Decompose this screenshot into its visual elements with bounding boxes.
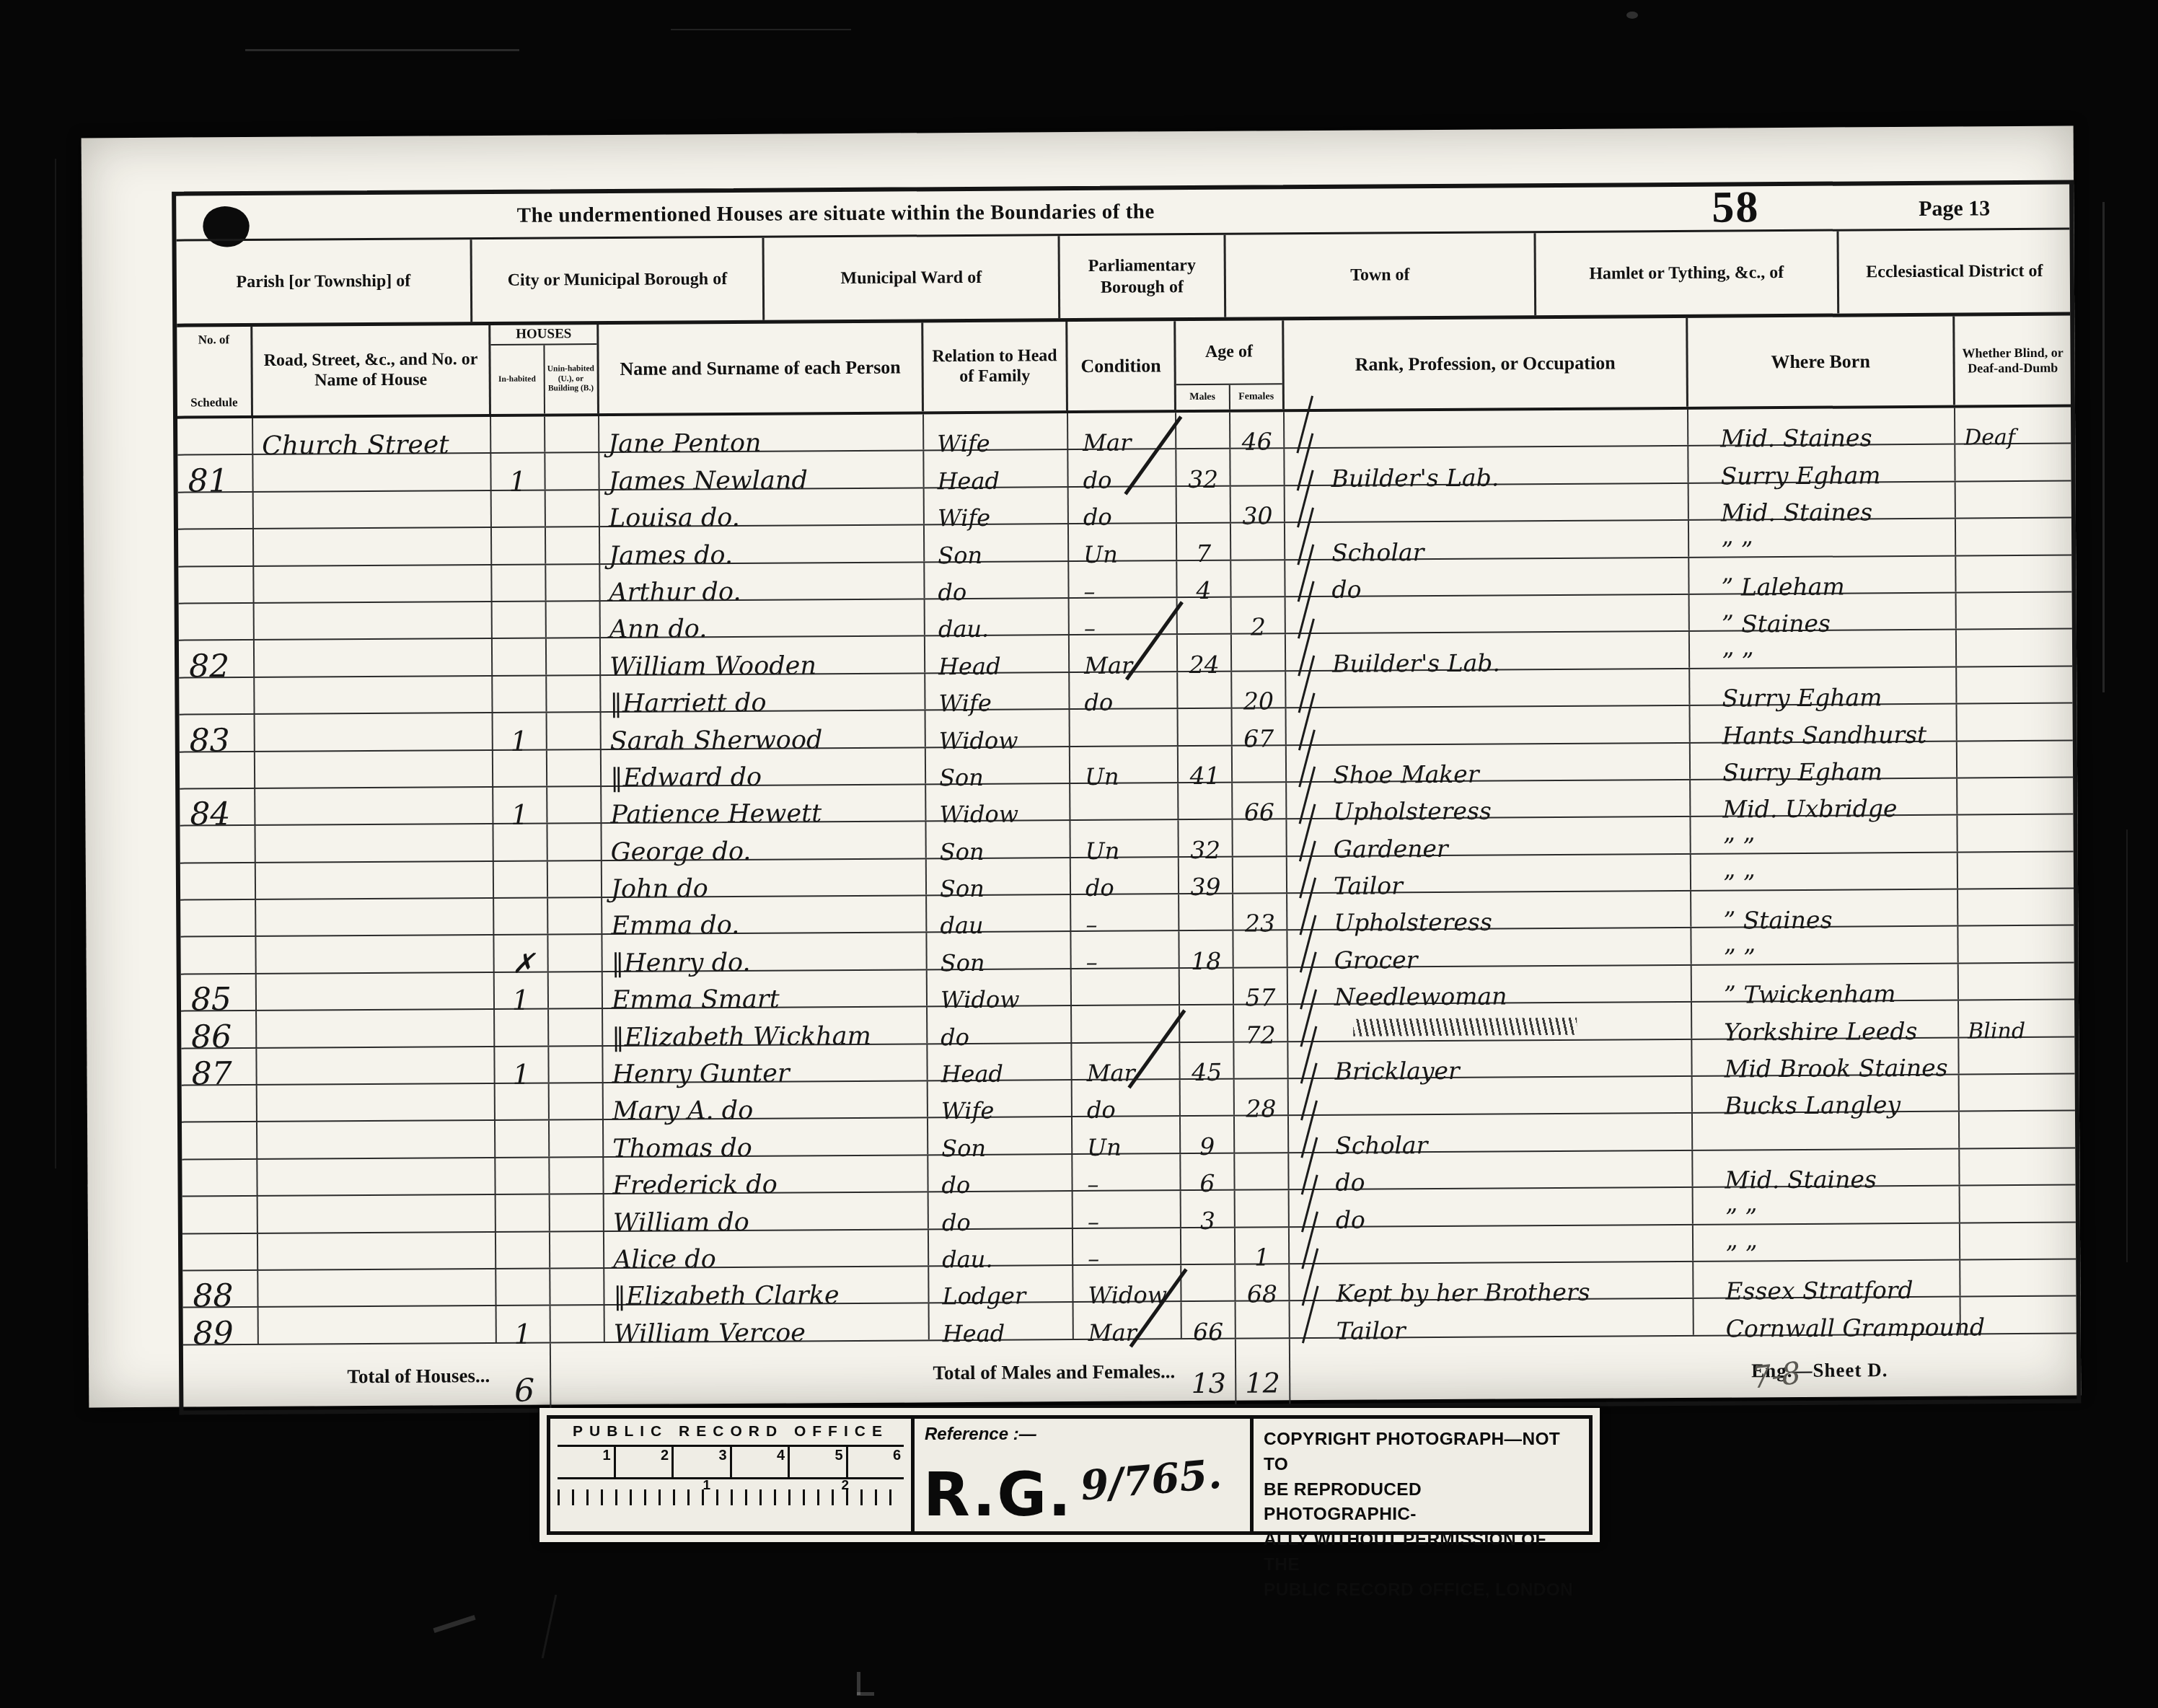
handwritten-born: ” Twickenham <box>1724 982 1896 1006</box>
cell-road <box>256 862 494 899</box>
handwritten-born: Mid. Staines <box>1720 426 1872 451</box>
cell-inh: 1 <box>495 1047 549 1083</box>
handwritten-condition: Un <box>1083 542 1118 565</box>
handwritten-occupation: Bricklayer <box>1334 1059 1459 1083</box>
handwritten-relation: Son <box>940 877 985 900</box>
handwritten-age_m: 24 <box>1189 653 1220 677</box>
handwritten-age_m: 41 <box>1189 764 1220 788</box>
cell-age_f <box>1235 1153 1289 1189</box>
handwritten-age_f: 72 <box>1246 1023 1276 1047</box>
cell-age_m: 9 <box>1181 1117 1235 1153</box>
cell-uninh <box>548 898 602 934</box>
cell-uninh <box>546 565 600 601</box>
handwritten-name: ‖Elizabeth Wickham <box>612 1024 871 1050</box>
handwritten-name: Jane Penton <box>608 431 761 457</box>
handwritten-born: Surry Egham <box>1720 463 1880 488</box>
cell-inh <box>492 565 546 601</box>
handwritten-occupation: Grocer <box>1334 948 1418 972</box>
cell-road <box>257 1084 496 1121</box>
handwritten-inh: 1 <box>508 467 526 495</box>
handwritten-age_f: 28 <box>1246 1097 1276 1121</box>
handwritten-born: Essex Stratford <box>1725 1278 1913 1303</box>
cell-inh: 1 <box>497 1306 551 1342</box>
handwritten-name: ‖Edward do <box>610 765 762 791</box>
handwritten-schedule: 86 <box>191 1021 232 1053</box>
handwritten-name: William do <box>613 1210 749 1236</box>
handwritten-occupation: Scholar <box>1331 540 1424 565</box>
cell-infirmity <box>1957 815 2073 851</box>
col-houses-group: HOUSES In-habited Unin-habited (U.), or … <box>490 325 599 414</box>
cell-inh <box>491 417 545 453</box>
handwritten-condition: Widow <box>1088 1284 1167 1308</box>
cell-age_f: 30 <box>1231 486 1285 522</box>
cell-age_f: 46 <box>1230 412 1285 448</box>
handwritten-name: James do. <box>609 543 733 569</box>
handwritten-condition: Mar <box>1086 1062 1135 1085</box>
cell-inh <box>496 1232 550 1268</box>
cell-road <box>255 639 493 676</box>
handwritten-inh: 1 <box>512 987 529 1014</box>
cell-uninh <box>550 1120 604 1156</box>
cell-uninh <box>545 453 599 489</box>
handwritten-relation: Widow <box>941 988 1020 1012</box>
reference-label: Reference :— <box>925 1425 1240 1445</box>
handwritten-name: Thomas do <box>612 1136 752 1162</box>
handwritten-born: ” ” <box>1721 538 1753 562</box>
cell-schedule <box>178 567 254 603</box>
handwritten-age_f: 57 <box>1245 986 1275 1010</box>
cell-schedule <box>180 900 256 936</box>
cell-schedule: 84 <box>180 789 255 825</box>
cell-road <box>255 788 493 824</box>
cell-uninh <box>550 1083 604 1119</box>
handwritten-born: ” ” <box>1723 871 1755 895</box>
cell-uninh <box>551 1306 605 1342</box>
film-scratch <box>55 159 56 1168</box>
cell-road <box>257 1010 495 1047</box>
handwritten-schedule: 85 <box>191 984 232 1016</box>
col-condition: Condition <box>1067 321 1176 410</box>
crossed-out-scribble <box>1353 1017 1577 1036</box>
pro-ruler-section: PUBLIC RECORD OFFICE 1 2 3 4 5 6 1 2 <box>550 1419 915 1531</box>
handwritten-age_m: 39 <box>1190 875 1220 899</box>
cell-infirmity <box>1957 593 2072 629</box>
handwritten-relation: Widow <box>939 803 1018 827</box>
handwritten-occupation: Upholsteress <box>1334 910 1492 935</box>
cell-age_m: 66 <box>1182 1302 1236 1338</box>
handwritten-age_m: 45 <box>1192 1060 1222 1084</box>
handwritten-relation: Head <box>941 1062 1004 1086</box>
copyright-line: COPYRIGHT PHOTOGRAPH—NOT TO <box>1264 1427 1579 1478</box>
cell-uninh <box>549 972 603 1008</box>
cell-name: Jane Penton <box>599 414 924 452</box>
cell-infirmity <box>1956 519 2071 555</box>
handwritten-occupation: Tailor <box>1336 1319 1406 1343</box>
col-schedule: No. of Schedule <box>177 327 253 416</box>
film-scratch <box>671 29 851 30</box>
table-body: Church StreetJane PentonWifeMar46Mid. St… <box>177 408 2076 1346</box>
handwritten-occupation: Upholsteress <box>1333 799 1492 824</box>
cell-occupation: Builder's Lab. <box>1286 632 1690 670</box>
header-hamlet: Hamlet or Tything, &c., of <box>1536 232 1839 316</box>
cell-age_m <box>1181 1265 1236 1301</box>
handwritten-inh: 1 <box>511 801 528 829</box>
cell-occupation: Kept by her Brothers <box>1290 1262 1694 1300</box>
handwritten-occupation: do <box>1336 1207 1365 1231</box>
header-parliamentary-borough: Parliamentary Borough of <box>1060 235 1227 318</box>
total-houses-value: 6 <box>497 1343 552 1408</box>
handwritten-relation: Wife <box>937 432 990 455</box>
handwritten-born: Hants Sandhurst <box>1722 722 1927 747</box>
handwritten-schedule: 89 <box>193 1318 234 1350</box>
handwritten-condition: do <box>1083 506 1112 529</box>
handwritten-name: George do. <box>611 839 752 865</box>
handwritten-relation: Head <box>943 1321 1005 1345</box>
handwritten-age_f: 67 <box>1243 726 1274 750</box>
cell-road <box>257 1121 496 1158</box>
col-road: Road, Street, &c., and No. or Name of Ho… <box>252 325 491 415</box>
handwritten-condition: Un <box>1087 1135 1122 1158</box>
cell-uninh <box>546 490 600 527</box>
col-males: Males <box>1176 385 1230 410</box>
handwritten-occupation: Scholar <box>1335 1133 1427 1158</box>
handwritten-occupation: Tailor <box>1334 873 1403 898</box>
handwritten-occupation: do <box>1335 1171 1365 1194</box>
cell-infirmity <box>1957 666 2072 703</box>
cell-age_f: 2 <box>1232 597 1286 633</box>
handwritten-relation: dau <box>940 914 983 937</box>
cell-inh <box>493 639 547 675</box>
cell-road <box>255 750 493 787</box>
copyright-line: PUBLIC RECORD OFFICE, LONDON <box>1264 1578 1579 1603</box>
handwritten-relation: Son <box>940 840 985 863</box>
handwritten-born: ” ” <box>1725 1205 1757 1229</box>
cell-infirmity <box>1957 741 2073 777</box>
cell-schedule <box>180 863 256 899</box>
handwritten-name: John do <box>611 876 708 902</box>
handwritten-born: Mid. Uxbridge <box>1722 796 1897 821</box>
cell-age_m <box>1176 413 1230 449</box>
handwritten-name: James Newland <box>608 468 807 495</box>
cell-schedule <box>182 1122 257 1158</box>
film-scratch <box>2126 829 2128 1262</box>
cell-road <box>255 713 493 750</box>
col-infirmity: Whether Blind, or Deaf-and-Dumb <box>1955 316 2071 405</box>
cell-occupation: Builder's Lab. <box>1285 446 1688 485</box>
handwritten-relation: Wife <box>941 1099 995 1122</box>
handwritten-name: William Vercoe <box>614 1321 806 1347</box>
handwritten-schedule: 82 <box>189 651 229 682</box>
handwritten-relation: do <box>941 1026 969 1049</box>
cell-road <box>254 528 492 565</box>
handwritten-inh: 1 <box>511 727 528 754</box>
cell-age_m <box>1179 709 1233 745</box>
cell-age_m: 45 <box>1180 1042 1234 1078</box>
film-scratch <box>1626 12 1638 19</box>
ruler-ticks <box>558 1489 904 1505</box>
handwritten-relation: dau. <box>938 617 990 640</box>
handwritten-relation: do <box>941 1174 970 1197</box>
handwritten-name: Henry Gunter <box>612 1062 789 1088</box>
handwritten-condition: do <box>1084 691 1113 714</box>
handwritten-name: Patience Hewett <box>610 801 822 828</box>
cell-infirmity: Deaf <box>1955 408 2071 444</box>
handwritten-occupation: Builder's Lab. <box>1331 465 1499 490</box>
handwritten-born: ” Staines <box>1723 908 1832 933</box>
cell-infirmity <box>1958 889 2074 925</box>
handwritten-condition: Mar <box>1083 431 1131 454</box>
total-mf-label: Total of Males and Females... <box>605 1339 1183 1408</box>
cell-age_m: 41 <box>1179 746 1233 782</box>
cell-schedule: 82 <box>179 640 255 677</box>
copyright-line: BE REPRODUCED PHOTOGRAPHIC- <box>1264 1478 1579 1528</box>
handwritten-relation: Son <box>939 766 984 789</box>
cell-schedule: 83 <box>180 715 255 751</box>
cell-inh <box>496 1269 550 1305</box>
cell-infirmity <box>1957 704 2072 740</box>
col-inhabited: In-habited <box>490 345 545 414</box>
handwritten-name: Arthur do. <box>609 580 741 606</box>
handwritten-occupation: Gardener <box>1334 837 1448 861</box>
cell-born: Mid. Staines <box>1693 1149 1960 1187</box>
handwritten-born: Mid. Staines <box>1725 1167 1876 1192</box>
handwritten-inh: 1 <box>512 1061 529 1088</box>
cell-infirmity <box>1958 852 2074 888</box>
cell-inh: 1 <box>493 787 547 823</box>
cell-road <box>256 936 494 972</box>
cell-schedule <box>182 1197 258 1233</box>
handwritten-name: ‖Henry do. <box>612 951 751 977</box>
handwritten-born: ” ” <box>1723 835 1755 858</box>
handwritten-relation: Son <box>941 951 985 974</box>
cell-infirmity <box>1957 778 2073 814</box>
film-scratch <box>433 1615 475 1633</box>
cell-inh <box>493 602 547 638</box>
handwritten-condition: do <box>1085 876 1114 899</box>
handwritten-occupation: Builder's Lab. <box>1332 651 1500 675</box>
col-occupation: Rank, Profession, or Occupation <box>1284 318 1688 409</box>
cell-uninh <box>545 416 599 452</box>
handwritten-name: Alice do <box>613 1247 716 1273</box>
handwritten-born: ” Staines <box>1722 612 1831 636</box>
cell-uninh <box>549 1009 603 1045</box>
handwritten-name: Emma Smart <box>612 987 780 1013</box>
cell-inh <box>496 1195 550 1231</box>
handwritten-condition: – <box>1088 1210 1099 1233</box>
handwritten-age_f: 30 <box>1242 504 1272 528</box>
cell-uninh <box>548 936 602 972</box>
header-ecclesiastical-district: Ecclesiastical District of <box>1838 230 2070 314</box>
cell-road <box>259 1306 497 1343</box>
handwritten-born: Mid Brook Staines <box>1724 1056 1947 1081</box>
cell-age_f: 66 <box>1233 783 1287 819</box>
cell-born: Mid. Staines <box>1688 408 1955 446</box>
cell-schedule: 81 <box>177 455 253 491</box>
cell-infirmity <box>1960 1186 2076 1222</box>
col-uninhabited: Unin-habited (U.), or Building (B.) <box>545 345 597 413</box>
page-number-label: Page 13 <box>1919 196 1990 221</box>
header-municipal-ward: Municipal Ward of <box>765 236 1061 320</box>
handwritten-born: Surry Egham <box>1722 760 1882 784</box>
handwritten-condition: – <box>1084 617 1096 640</box>
ruler-inch-band: 1 2 3 4 5 6 <box>558 1445 904 1479</box>
cell-occupation: Bricklayer <box>1288 1039 1692 1078</box>
cell-road <box>257 973 495 1010</box>
handwritten-relation: Wife <box>938 506 991 529</box>
handwritten-age_f: 68 <box>1247 1282 1277 1306</box>
cell-occupation <box>1287 706 1691 744</box>
reference-number-handwritten: 9/765. <box>1078 1451 1223 1510</box>
cell-road <box>255 824 493 861</box>
cell-inh <box>494 861 548 897</box>
handwritten-relation: Son <box>941 1137 986 1160</box>
handwritten-age_m: 32 <box>1188 467 1218 491</box>
cell-uninh <box>547 713 602 749</box>
total-females-value: 12 <box>1236 1339 1291 1404</box>
cell-occupation: Scholar <box>1289 1114 1693 1152</box>
cell-age_m: 32 <box>1179 820 1233 856</box>
handwritten-condition: Un <box>1085 765 1119 788</box>
handwritten-born: Surry Egham <box>1722 685 1882 710</box>
handwritten-born: ” ” <box>1724 946 1756 969</box>
header-city-borough: City or Municipal Borough of <box>472 238 765 322</box>
col-relation: Relation to Head of Family <box>923 322 1068 411</box>
cell-road <box>255 677 493 713</box>
cell-infirmity <box>1960 1075 2075 1111</box>
cell-inh: 1 <box>491 454 545 490</box>
reference-series: R.G. <box>923 1459 1073 1530</box>
total-males-value: 13 <box>1182 1339 1237 1404</box>
handwritten-schedule: 87 <box>191 1058 232 1090</box>
cell-schedule: 88 <box>182 1271 258 1307</box>
handwritten-age_m: 4 <box>1196 578 1211 602</box>
cell-infirmity <box>1959 963 2074 999</box>
pro-office-label: PUBLIC RECORD OFFICE <box>558 1423 904 1440</box>
page-title: The undermentioned Houses are situate wi… <box>517 200 1155 227</box>
total-houses-label: Total of Houses... <box>183 1344 498 1411</box>
cell-inh <box>496 1121 550 1157</box>
handwritten-name: Mary A. do <box>612 1099 754 1124</box>
cell-uninh <box>547 824 602 860</box>
film-scratch <box>2102 202 2105 692</box>
cell-uninh <box>547 638 601 674</box>
cell-age_f <box>1231 560 1285 597</box>
cell-uninh <box>550 1194 604 1231</box>
pro-stamp: PUBLIC RECORD OFFICE 1 2 3 4 5 6 1 2 Ref… <box>539 1408 1600 1542</box>
cell-inh: 1 <box>493 713 547 749</box>
handwritten-born: Mid. Staines <box>1721 500 1872 524</box>
col-females: Females <box>1230 384 1282 409</box>
cell-infirmity: Blind <box>1959 1000 2074 1036</box>
cell-age_f <box>1236 1190 1290 1226</box>
cell-uninh <box>547 602 601 638</box>
handwritten-age_m: 9 <box>1199 1135 1215 1158</box>
cell-road: Church Street <box>253 417 491 454</box>
folio-number: 58 <box>1712 182 1759 233</box>
handwritten-name: Emma do. <box>611 913 739 939</box>
handwritten-relation: Head <box>937 469 1000 493</box>
cell-road <box>254 565 492 602</box>
handwritten-age_m: 18 <box>1191 949 1221 973</box>
cell-inh: ✗ <box>494 936 548 972</box>
column-header-row: No. of Schedule Road, Street, &c., and N… <box>177 316 2071 419</box>
handwritten-name: Louisa do. <box>609 506 740 532</box>
header-town: Town of <box>1226 233 1537 317</box>
handwritten-condition: – <box>1083 580 1095 603</box>
col-where-born: Where Born <box>1688 317 1955 407</box>
cell-road <box>258 1269 496 1306</box>
cell-infirmity <box>1960 1260 2076 1296</box>
cell-condition: Mar <box>1072 1043 1180 1079</box>
cell-infirmity <box>1957 630 2072 666</box>
cell-road <box>256 899 494 936</box>
census-sheet: The undermentioned Houses are situate wi… <box>82 126 2082 1408</box>
reference-section: Reference :— R.G. 9/765. <box>915 1419 1254 1531</box>
cell-uninh <box>550 1232 604 1268</box>
cell-infirmity <box>1956 481 2071 517</box>
cell-occupation: Scholar <box>1285 521 1689 559</box>
cell-schedule <box>182 1234 258 1270</box>
cell-occupation <box>1285 410 1688 448</box>
cell-uninh <box>546 527 600 563</box>
cell-uninh <box>547 676 601 712</box>
handwritten-age_f: 1 <box>1254 1245 1269 1269</box>
handwritten-relation: do <box>942 1211 971 1234</box>
cell-schedule <box>178 529 254 565</box>
handwritten-schedule: 81 <box>188 465 228 497</box>
handwritten-condition: Mar <box>1084 653 1132 677</box>
header-parish: Parish [or Township] of <box>177 239 473 324</box>
cell-inh <box>492 528 546 564</box>
cell-road <box>257 1158 496 1195</box>
handwritten-condition: Mar <box>1088 1321 1137 1344</box>
handwritten-relation: Son <box>938 543 982 566</box>
handwritten-age_f: 20 <box>1243 689 1274 713</box>
handwritten-occupation: do <box>1331 578 1361 602</box>
cell-schedule <box>180 937 256 973</box>
handwritten-age_m: 7 <box>1196 541 1211 565</box>
handwritten-age_m: 32 <box>1190 838 1220 862</box>
handwritten-born: ” ” <box>1725 1242 1757 1266</box>
handwritten-name: Sarah Sherwood <box>610 728 823 754</box>
cell-infirmity <box>1960 1111 2075 1148</box>
cell-uninh <box>547 750 602 786</box>
handwritten-schedule: 88 <box>193 1281 233 1313</box>
handwritten-born: Bucks Langley <box>1725 1093 1901 1117</box>
handwritten-age_f: 46 <box>1242 430 1272 454</box>
cell-age_f: 1 <box>1236 1228 1290 1264</box>
handwritten-condition: – <box>1088 1247 1099 1270</box>
handwritten-age_m: 66 <box>1193 1320 1223 1344</box>
handwritten-relation: do <box>938 581 966 604</box>
cell-road <box>255 602 493 639</box>
handwritten-schedule: 83 <box>190 725 230 757</box>
handwritten-born: Cornwall Grampound <box>1726 1315 1986 1340</box>
cell-age_f: 20 <box>1232 672 1286 708</box>
cell-age_m: 7 <box>1177 524 1231 560</box>
copyright-line: ALLY WITHOUT PERMISSION OF THE <box>1264 1528 1579 1578</box>
cell-infirmity <box>1958 926 2074 962</box>
handwritten-name: Ann do. <box>609 617 708 643</box>
film-scratch <box>245 49 519 51</box>
film-scratch <box>542 1595 558 1659</box>
cell-schedule <box>177 418 253 454</box>
handwritten-born: Yorkshire Leeds <box>1724 1019 1917 1044</box>
handwritten-condition: – <box>1087 1173 1098 1196</box>
handwritten-name: ‖Harriett do <box>609 691 766 717</box>
cell-occupation: Shoe Maker <box>1287 743 1691 781</box>
handwritten-relation: Widow <box>939 728 1018 752</box>
